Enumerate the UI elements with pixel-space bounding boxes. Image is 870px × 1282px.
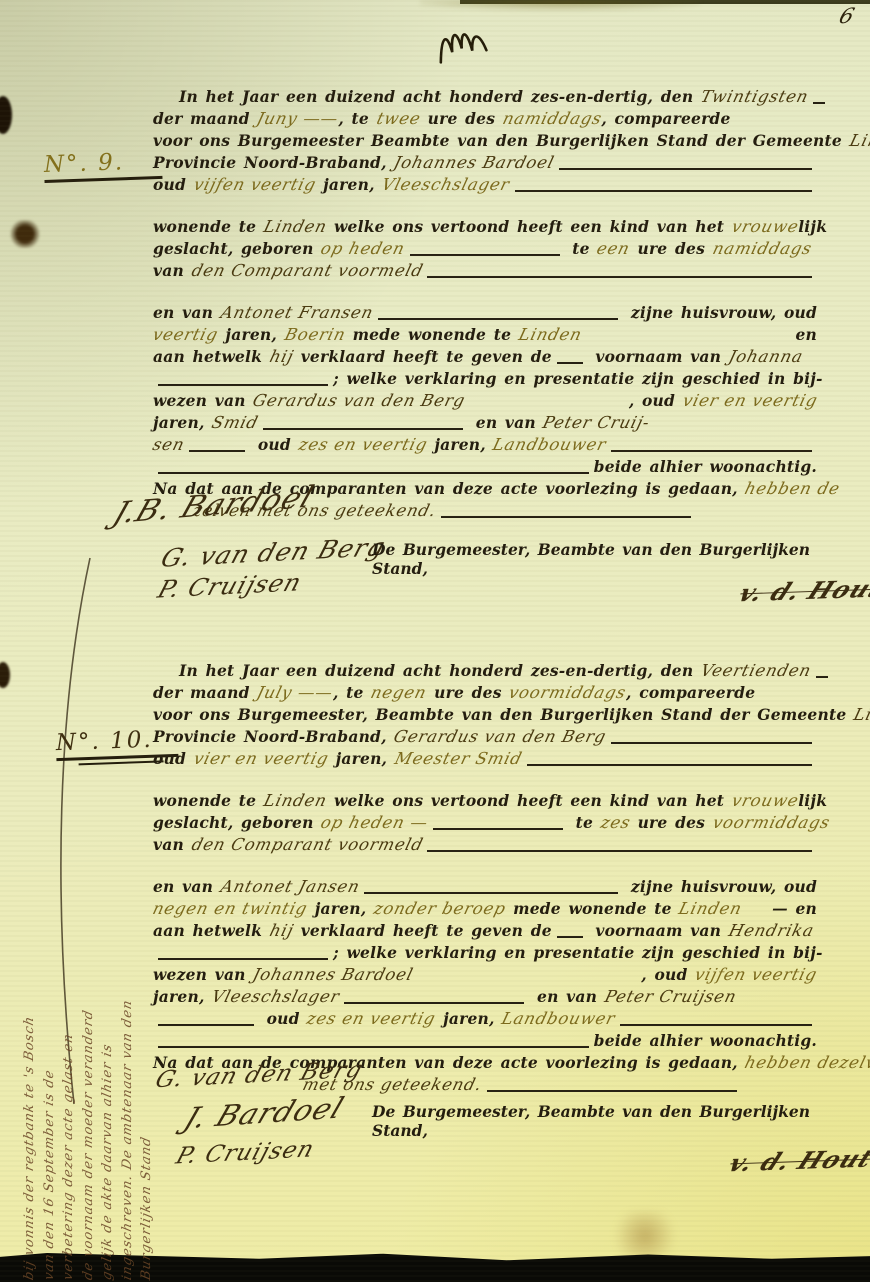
- handwritten-entry: Meester Smid: [392, 748, 524, 770]
- ruled-fill-line: [158, 1046, 589, 1048]
- marginal-note-line: gelijk de akte daarvan alhier is: [98, 554, 118, 1282]
- handwritten-entry: veertig: [150, 324, 220, 346]
- handwritten-entry: namiddags: [500, 108, 604, 130]
- printed-text: jaren,: [218, 324, 285, 346]
- act-number-9-label: N°. 9.: [43, 149, 124, 178]
- folio-number: 6: [836, 4, 858, 29]
- ruled-fill-line: [515, 190, 812, 192]
- act-line: van den Comparant voormeld: [153, 834, 817, 856]
- handwritten-entry: Twintigsten: [698, 86, 811, 108]
- ruled-fill-line: [813, 102, 825, 104]
- act-line: beide alhier woonachtig.: [153, 1030, 817, 1052]
- ruled-fill-line: [158, 472, 589, 474]
- handwritten-entry: vijfen veertig: [191, 174, 318, 196]
- act-line: beide alhier woonachtig.: [153, 456, 817, 478]
- printed-text: geslacht, geboren: [153, 812, 321, 834]
- printed-text: aan hetwelk: [153, 920, 270, 942]
- printed-text: , te: [338, 108, 376, 130]
- handwritten-entry: Landbouwer: [491, 434, 609, 456]
- printed-text: jaren,: [307, 898, 374, 920]
- handwritten-entry: zes: [598, 812, 633, 834]
- ruled-fill-line: [433, 828, 563, 830]
- printed-text: welke ons vertoond heeft een kind van he…: [326, 790, 731, 812]
- printed-text: beide alhier woonachtig.: [594, 456, 817, 478]
- ruled-fill-line: [158, 958, 328, 960]
- birth-act-10: In het Jaar een duizend acht honderd zes…: [153, 660, 817, 1096]
- handwritten-entry: vrouwe: [729, 790, 801, 812]
- act-line: In het Jaar een duizend acht honderd zes…: [153, 660, 817, 682]
- marginal-note-line: bij vonnis der regtbank te 's Bosch: [20, 554, 40, 1282]
- handwritten-entry: op heden —: [318, 812, 430, 834]
- signature-officer-act10: v. d. Hout: [724, 1144, 870, 1178]
- printed-text: wonende te: [153, 790, 264, 812]
- printed-text: oud: [153, 748, 194, 770]
- printed-text: oud: [250, 434, 298, 456]
- printed-text: In het Jaar een duizend acht honderd zes…: [179, 86, 701, 108]
- act-line: oud vijfen veertig jaren, Vleeschslager: [153, 174, 817, 196]
- burgemeester-caption-act9: De Burgemeester, Beambte van den Burgerl…: [372, 540, 870, 578]
- printed-text: , oud: [629, 390, 683, 412]
- act-line: voor ons Burgemeester, Beambte van den B…: [153, 704, 817, 726]
- signature-witness2-act10: P. Cruijsen: [173, 1136, 318, 1169]
- handwritten-entry: voormiddags: [710, 812, 832, 834]
- handwritten-entry: zonder beroep: [371, 898, 508, 920]
- act-line: geslacht, geboren op heden te een ure de…: [153, 238, 817, 260]
- handwritten-entry: Linden: [516, 324, 584, 346]
- handwritten-entry: vier en veertig: [191, 748, 331, 770]
- act-line: voor ons Burgemeester Beambte van den Bu…: [153, 130, 817, 152]
- printed-text: ure des: [427, 682, 510, 704]
- printed-text: In het Jaar een duizend acht honderd zes…: [179, 660, 701, 682]
- ruled-fill-line: [441, 516, 691, 518]
- act-number-9: N°. 9.: [43, 148, 162, 183]
- act-line: van den Comparant voormeld: [153, 260, 817, 282]
- printed-text: jaren,: [427, 434, 494, 456]
- handwritten-entry: vier en veertig: [680, 390, 820, 412]
- left-edge-stain-1: [0, 96, 12, 134]
- printed-text: en van: [153, 302, 221, 324]
- handwritten-entry: hij: [267, 920, 296, 942]
- act-line: oud zes en veertig jaren, Landbouwer: [153, 1008, 817, 1030]
- act-line: wonende te Linden welke ons vertoond hee…: [153, 216, 817, 238]
- act-line: en van Antonet Jansen zijne huisvrouw, o…: [153, 876, 817, 898]
- marginal-annotation: bij vonnis der regtbank te 's Boschvan d…: [12, 556, 162, 1280]
- signature-witness1-act9: G. van den Berg: [158, 532, 390, 572]
- handwritten-entry: den Comparant voormeld: [189, 260, 425, 282]
- handwritten-entry: Hendrika: [726, 920, 816, 942]
- printed-text: zijne huisvrouw, oud: [623, 302, 817, 324]
- ruled-fill-line: [611, 742, 812, 744]
- act-line: der maand July ——, te negen ure des voor…: [153, 682, 817, 704]
- register-page: 6 bij vonnis der regtbank te 's Boschvan…: [0, 0, 870, 1282]
- printed-text: beide alhier woonachtig.: [594, 1030, 817, 1052]
- handwritten-entry: negen: [368, 682, 429, 704]
- printed-text: , te: [333, 682, 371, 704]
- handwritten-entry: zes en veertig: [305, 1008, 439, 1030]
- printed-text: Provincie Noord-Braband,: [153, 152, 394, 174]
- act-line: negen en twintig jaren, zonder beroep me…: [153, 898, 817, 920]
- handwritten-entry: op heden: [318, 238, 407, 260]
- printed-text: geslacht, geboren: [153, 238, 321, 260]
- ruled-fill-line: [557, 936, 583, 938]
- handwritten-entry: Gerardus van den Berg: [392, 726, 609, 748]
- printed-text: lijk: [798, 216, 827, 238]
- printed-text: wonende te: [153, 216, 264, 238]
- ruled-fill-line: [378, 318, 619, 320]
- printed-text: jaren,: [328, 748, 395, 770]
- ruled-fill-line: [263, 428, 463, 430]
- act-line: Provincie Noord-Braband, Johannes Bardoe…: [153, 152, 817, 174]
- handwritten-entry: July ——: [255, 682, 336, 704]
- act-line: In het Jaar een duizend acht honderd zes…: [153, 86, 817, 108]
- printed-text: jaren,: [153, 986, 212, 1008]
- printed-text: voornaam van: [588, 346, 729, 368]
- ruled-fill-line: [816, 676, 828, 678]
- printed-text: en van: [468, 412, 543, 434]
- act-line: Provincie Noord-Braband, Gerardus van de…: [153, 726, 817, 748]
- act-line: aan hetwelk hij verklaard heeft te geven…: [153, 920, 817, 942]
- marginal-note-line: van den 16 September is de: [40, 554, 60, 1282]
- paper-stain-bottom: [608, 1212, 682, 1260]
- handwritten-entry: Peter Cruijsen: [602, 986, 739, 1008]
- printed-text: zijne huisvrouw, oud: [623, 876, 817, 898]
- printed-text: mede wonende te: [345, 324, 519, 346]
- ink-flourish-icon: [429, 17, 500, 71]
- printed-text: verklaard heeft te geven de: [293, 346, 552, 368]
- handwritten-entry: negen en twintig: [150, 898, 310, 920]
- handwritten-entry: Linden: [677, 898, 745, 920]
- handwritten-entry: zes en veertig: [296, 434, 430, 456]
- top-edge-smudge: [420, 0, 700, 12]
- act-line: ; welke verklaring en presentatie zijn g…: [153, 942, 817, 964]
- ruled-fill-line: [427, 850, 812, 852]
- handwritten-entry: Johanna: [726, 346, 805, 368]
- act-line: jaren, Vleeschslager en van Peter Cruijs…: [153, 986, 817, 1008]
- ruled-fill-line: [427, 276, 812, 278]
- handwritten-entry: Landbouwer: [499, 1008, 617, 1030]
- marginal-note-line: de voornaam der moeder veranderd: [79, 554, 99, 1282]
- act-line: en van Antonet Fransen zijne huisvrouw, …: [153, 302, 817, 324]
- top-edge-shadow: [460, 0, 870, 4]
- handwritten-entry: namiddags: [710, 238, 814, 260]
- handwritten-entry: Antonet Jansen: [218, 876, 362, 898]
- printed-text: en van: [153, 876, 221, 898]
- left-edge-stain-2: [10, 220, 40, 248]
- printed-text: Provincie Noord-Braband,: [153, 726, 394, 748]
- printed-text: welke ons vertoond heeft een kind van he…: [326, 216, 731, 238]
- printed-text: voor ons Burgemeester Beambte van den Bu…: [153, 130, 850, 152]
- printed-text: wezen van: [153, 390, 253, 412]
- burgemeester-caption-act10: De Burgemeester, Beambte van den Burgerl…: [372, 1102, 870, 1140]
- handwritten-entry: een: [595, 238, 633, 260]
- handwritten-entry: vijfen veertig: [692, 964, 819, 986]
- signature-witness2-act9: P. Cruijsen: [154, 568, 305, 603]
- act-line: geslacht, geboren op heden — te zes ure …: [153, 812, 817, 834]
- printed-text: voornaam van: [588, 920, 729, 942]
- printed-text: en van: [529, 986, 604, 1008]
- handwritten-entry: voormiddags: [507, 682, 629, 704]
- printed-text: van: [153, 260, 192, 282]
- printed-text: — en: [772, 898, 817, 920]
- act-line: oud vier en veertig jaren, Meester Smid: [153, 748, 817, 770]
- printed-text: oud: [153, 174, 194, 196]
- printed-text: voor ons Burgemeester, Beambte van den B…: [153, 704, 854, 726]
- act-line: wezen van Johannes Bardoel, oud vijfen v…: [153, 964, 817, 986]
- ruled-fill-line: [559, 168, 812, 170]
- handwritten-entry: Boerin: [282, 324, 348, 346]
- handwritten-entry: Linden: [261, 216, 329, 238]
- handwritten-entry: Johannes Bardoel: [251, 964, 416, 986]
- printed-text: en: [795, 324, 817, 346]
- printed-text: aan hetwelk: [153, 346, 270, 368]
- printed-text: te: [565, 238, 598, 260]
- printed-text: wezen van: [153, 964, 253, 986]
- act-line: sen oud zes en veertig jaren, Landbouwer: [153, 434, 817, 456]
- printed-text: jaren,: [153, 412, 212, 434]
- handwritten-entry: Linden: [847, 130, 870, 152]
- printed-text: jaren,: [435, 1008, 502, 1030]
- printed-text: oud: [259, 1008, 307, 1030]
- ruled-fill-line: [527, 764, 812, 766]
- ruled-fill-line: [158, 1024, 254, 1026]
- handwritten-entry: Linden: [261, 790, 329, 812]
- act-line: der maand Juny ——, te twee ure des namid…: [153, 108, 817, 130]
- ruled-fill-line: [487, 1090, 737, 1092]
- handwritten-entry: Juny ——: [255, 108, 342, 130]
- handwritten-entry: Peter Cruij-: [541, 412, 653, 434]
- act-line: jaren, Smid en van Peter Cruij-: [153, 412, 817, 434]
- marginal-note-text: bij vonnis der regtbank te 's Boschvan d…: [20, 556, 157, 1280]
- handwritten-entry: hij: [267, 346, 296, 368]
- printed-text: ; welke verklaring en presentatie zijn g…: [333, 942, 823, 964]
- printed-text: der maand: [153, 682, 257, 704]
- printed-text: , compareerde: [626, 682, 755, 704]
- handwritten-entry: vrouwe: [729, 216, 801, 238]
- left-edge-stain-3: [0, 662, 10, 688]
- handwritten-entry: Gerardus van den Berg: [251, 390, 468, 412]
- printed-text: mede wonende te: [506, 898, 680, 920]
- ruled-fill-line: [344, 1002, 524, 1004]
- ruled-fill-line: [189, 450, 245, 452]
- printed-text: ure des: [630, 238, 713, 260]
- handwritten-entry: Antonet Fransen: [218, 302, 376, 324]
- act-line: aan hetwelk hij verklaard heeft te geven…: [153, 346, 817, 368]
- marginal-note-line: verbetering dezer acte gelast en: [59, 554, 79, 1282]
- printed-text: jaren,: [316, 174, 383, 196]
- marginal-note-line: ingeschreven. De ambtenaar van den: [118, 554, 138, 1282]
- handwritten-entry: twee: [374, 108, 423, 130]
- printed-text: verklaard heeft te geven de: [293, 920, 552, 942]
- printed-text: , oud: [641, 964, 695, 986]
- handwritten-entry: den Comparant voormeld: [189, 834, 425, 856]
- ruled-fill-line: [364, 892, 618, 894]
- birth-act-9: In het Jaar een duizend acht honderd zes…: [153, 86, 817, 522]
- printed-text: der maand: [153, 108, 257, 130]
- handwritten-entry: Johannes Bardoel: [392, 152, 557, 174]
- printed-text: ure des: [420, 108, 503, 130]
- ruled-fill-line: [158, 384, 328, 386]
- printed-text: te: [568, 812, 601, 834]
- act-line: ; welke verklaring en presentatie zijn g…: [153, 368, 817, 390]
- handwritten-entry: Vleeschslager: [380, 174, 513, 196]
- handwritten-entry: Vleeschslager: [209, 986, 342, 1008]
- handwritten-entry: sen: [150, 434, 187, 456]
- signature-declarant-act10: J. Bardoel: [179, 1091, 349, 1136]
- handwritten-entry: hebben dezelve: [743, 1052, 870, 1074]
- handwritten-entry: Linden: [851, 704, 870, 726]
- signature-officer-act9: v. d. Hout: [734, 574, 870, 608]
- printed-text: van: [153, 834, 192, 856]
- printed-text: ; welke verklaring en presentatie zijn g…: [333, 368, 823, 390]
- handwritten-entry: Veertienden: [698, 660, 813, 682]
- printed-text: , compareerde: [601, 108, 730, 130]
- ruled-fill-line: [620, 1024, 812, 1026]
- act-number-10-label: N°. 10.: [55, 727, 153, 756]
- ruled-fill-line: [611, 450, 812, 452]
- act-line: wezen van Gerardus van den Berg, oud vie…: [153, 390, 817, 412]
- printed-text: ure des: [630, 812, 713, 834]
- act-line: wonende te Linden welke ons vertoond hee…: [153, 790, 817, 812]
- ruled-fill-line: [410, 254, 560, 256]
- act-line: veertig jaren, Boerin mede wonende te Li…: [153, 324, 817, 346]
- ruled-fill-line: [557, 362, 583, 364]
- handwritten-entry: Smid: [209, 412, 260, 434]
- handwritten-entry: hebben de: [743, 478, 843, 500]
- printed-text: lijk: [798, 790, 827, 812]
